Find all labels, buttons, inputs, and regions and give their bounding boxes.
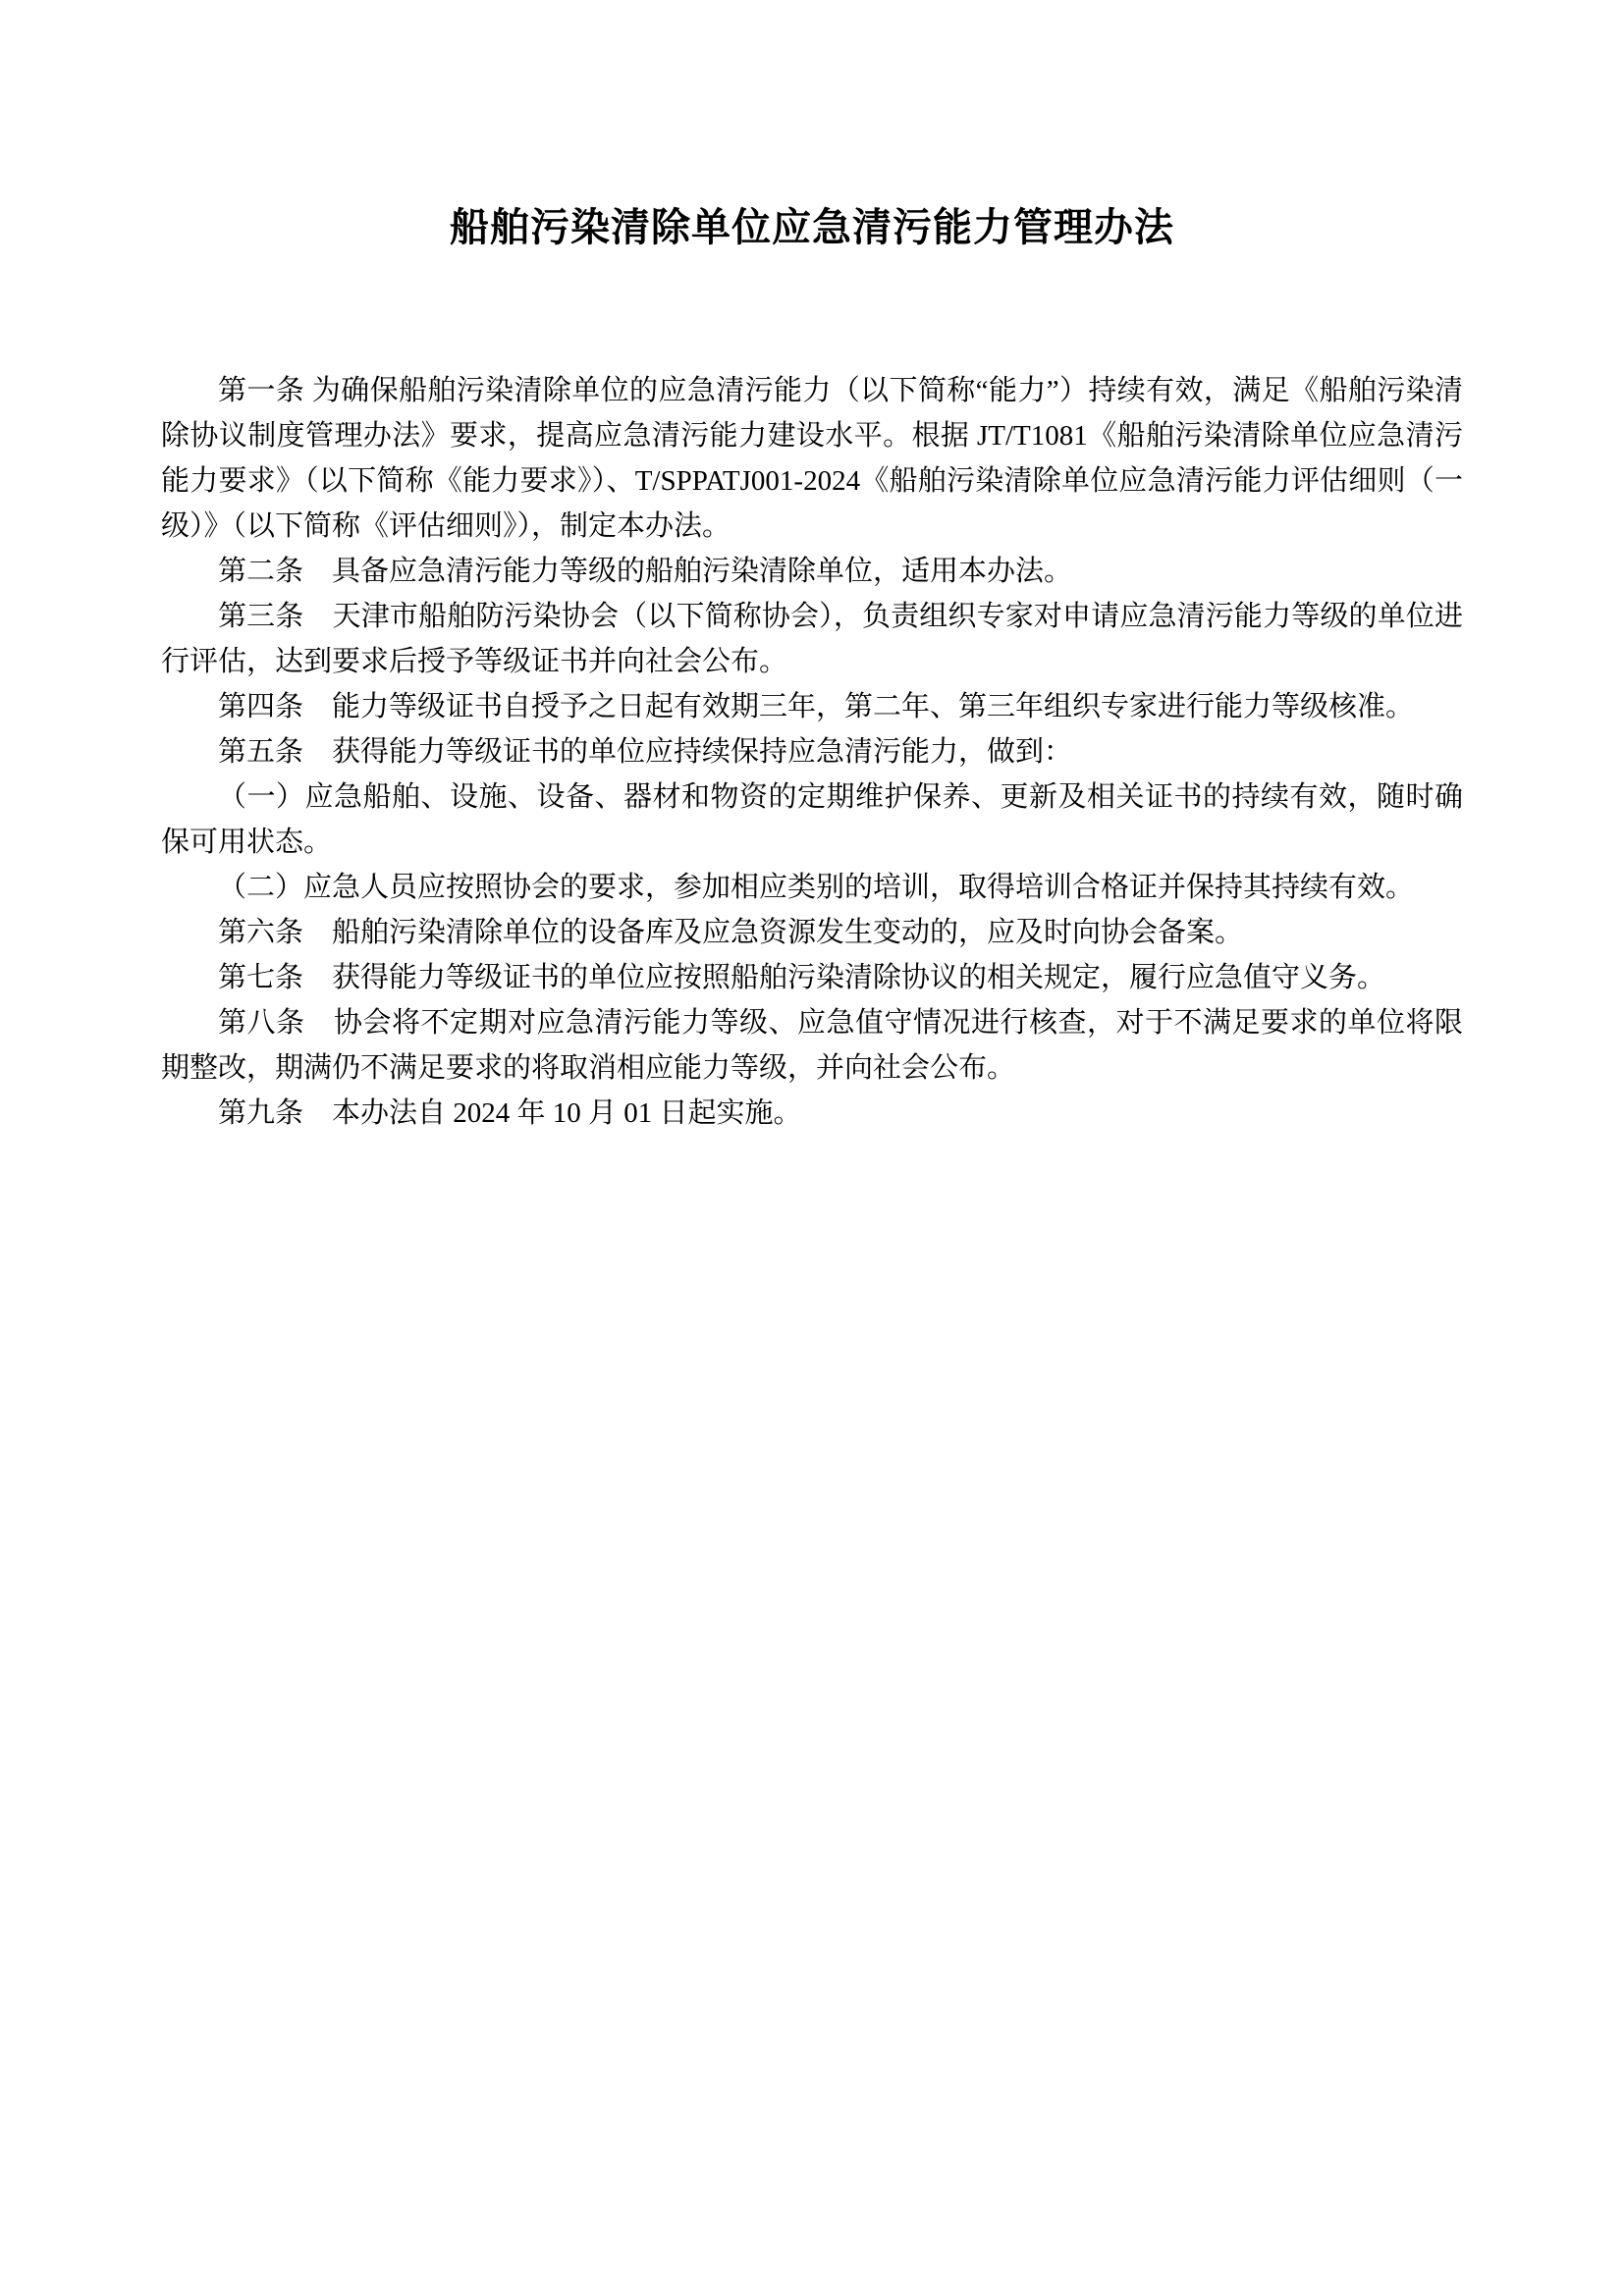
paragraph: 第五条 获得能力等级证书的单位应持续保持应急清污能力，做到： <box>161 729 1463 774</box>
paragraph: 第一条 为确保船舶污染清除单位的应急清污能力（以下简称“能力”）持续有效，满足《… <box>161 368 1463 549</box>
document-page: 船舶污染清除单位应急清污能力管理办法 第一条 为确保船舶污染清除单位的应急清污能… <box>0 0 1624 2296</box>
paragraph: （一）应急船舶、设施、设备、器材和物资的定期维护保养、更新及相关证书的持续有效，… <box>161 774 1463 865</box>
paragraph: 第二条 具备应急清污能力等级的船舶污染清除单位，适用本办法。 <box>161 549 1463 594</box>
paragraph: 第四条 能力等级证书自授予之日起有效期三年，第二年、第三年组织专家进行能力等级核… <box>161 684 1463 729</box>
paragraph: （二）应急人员应按照协会的要求，参加相应类别的培训，取得培训合格证并保持其持续有… <box>161 865 1463 910</box>
paragraph: 第六条 船舶污染清除单位的设备库及应急资源发生变动的，应及时向协会备案。 <box>161 910 1463 955</box>
page-title: 船舶污染清除单位应急清污能力管理办法 <box>161 201 1463 254</box>
paragraph: 第三条 天津市船舶防污染协会（以下简称协会），负责组织专家对申请应急清污能力等级… <box>161 594 1463 684</box>
paragraph: 第九条 本办法自 2024 年 10 月 01 日起实施。 <box>161 1091 1463 1136</box>
paragraph: 第七条 获得能力等级证书的单位应按照船舶污染清除协议的相关规定，履行应急值守义务… <box>161 955 1463 1000</box>
document-body: 第一条 为确保船舶污染清除单位的应急清污能力（以下简称“能力”）持续有效，满足《… <box>161 368 1463 1136</box>
paragraph: 第八条 协会将不定期对应急清污能力等级、应急值守情况进行核查，对于不满足要求的单… <box>161 1000 1463 1091</box>
